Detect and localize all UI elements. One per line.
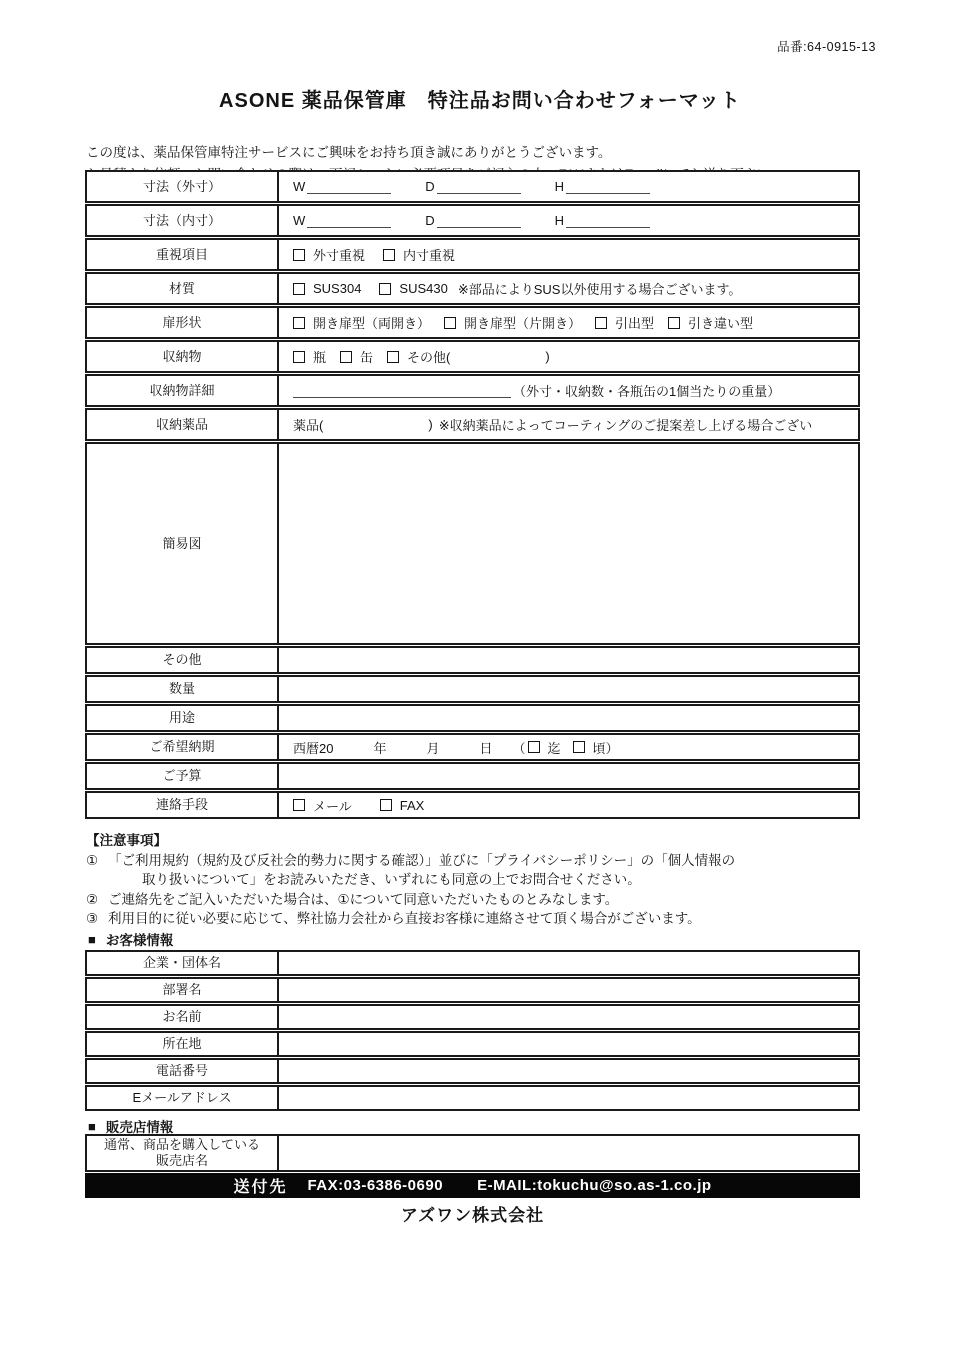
square-bullet-icon: ■ xyxy=(88,1119,96,1134)
notice-marker-2: ② xyxy=(86,890,108,910)
dealer-info-table: 通常、商品を購入している 販売店名 xyxy=(85,1134,860,1172)
label-address: 所在地 xyxy=(87,1033,279,1055)
option-label: 引き違い型 xyxy=(688,313,753,332)
unit-month: 月 xyxy=(426,738,439,757)
inner-width-blank[interactable] xyxy=(307,213,391,228)
phone-number-input-cell[interactable] xyxy=(279,1060,858,1082)
details-blank-line[interactable] xyxy=(293,383,511,398)
option-label: メール xyxy=(313,796,352,815)
row-usage: 用途 xyxy=(85,704,860,732)
dim-letter-d: D xyxy=(425,213,434,228)
row-label-usage: 用途 xyxy=(87,706,279,730)
unit-year: 年 xyxy=(373,738,386,757)
notice-text-2: ご連絡先をご記入いただいた場合は、①について同意いただいたものとみなします。 xyxy=(108,890,618,910)
address-input-cell[interactable] xyxy=(279,1033,858,1055)
department-name-input-cell[interactable] xyxy=(279,979,858,1001)
row-company-name: 企業・団体名 xyxy=(85,950,860,976)
option-label: 内寸重視 xyxy=(403,245,455,264)
row-label-material: 材質 xyxy=(87,274,279,303)
contact-method-options: メール FAX xyxy=(279,793,858,817)
quantity-input-cell[interactable] xyxy=(279,677,858,701)
notice-text-1: 「ご利用規約（規約及び反社会的勢力に関する確認）」並びに「プライバシーポリシー」… xyxy=(108,851,735,871)
inner-size-fields[interactable]: W D H xyxy=(279,206,858,235)
dim-letter-h: H xyxy=(555,213,564,228)
dim-letter-d: D xyxy=(425,179,434,194)
notice-line-1b: 取り扱いについて」をお読みいただき、いずれにも同意の上でお問合せください。 xyxy=(86,870,866,890)
desired-delivery-field[interactable]: 西暦20 年 月 日 （ 迄 頃 ） xyxy=(279,735,858,759)
notice-marker-1: ① xyxy=(86,851,108,871)
material-options: SUS304 SUS430 ※部品によりSUS以外使用する場合ございます。 xyxy=(279,274,858,303)
row-label-desired-delivery: ご希望納期 xyxy=(87,735,279,759)
chemical-close: ) xyxy=(428,417,432,432)
row-outer-size: 寸法（外寸） W D H xyxy=(85,170,860,203)
option-label: 開き扉型（両開き） xyxy=(313,313,430,332)
row-email-address: Eメールアドレス xyxy=(85,1085,860,1111)
row-stored-items: 収納物 瓶 缶 その他() xyxy=(85,340,860,373)
notice-section: 【注意事項】 ① 「ご利用規約（規約及び反社会的勢力に関する確認）」並びに「プラ… xyxy=(86,831,866,929)
sketch-area[interactable] xyxy=(279,444,858,643)
company-name: アズワン株式会社 xyxy=(85,1201,860,1226)
square-bullet-icon: ■ xyxy=(88,932,96,947)
checkbox-email[interactable] xyxy=(293,799,305,811)
dealer-info-heading: ■ 販売店情報 xyxy=(88,1116,173,1136)
label-person-name: お名前 xyxy=(87,1006,279,1028)
checkbox-inner-priority[interactable] xyxy=(383,249,395,261)
checkbox-sus430[interactable] xyxy=(379,283,391,295)
checkbox-sliding-door[interactable] xyxy=(668,317,680,329)
row-quantity: 数量 xyxy=(85,675,860,703)
checkbox-outer-priority[interactable] xyxy=(293,249,305,261)
person-name-input-cell[interactable] xyxy=(279,1006,858,1028)
order-form-table: 寸法（外寸） W D H 寸法（内寸） W D H 重視項目 外寸重視 内寸重視… xyxy=(85,170,860,819)
part-number: 品番:64-0915-13 xyxy=(777,37,876,55)
notice-marker-3: ③ xyxy=(86,909,108,929)
company-name-input-cell[interactable] xyxy=(279,952,858,974)
option-label: 瓶 xyxy=(313,347,326,366)
send-to-label: 送付先 xyxy=(233,1174,287,1197)
label-dealer-name: 通常、商品を購入している 販売店名 xyxy=(87,1136,279,1170)
row-priority: 重視項目 外寸重視 内寸重視 xyxy=(85,238,860,271)
customer-info-heading-label: お客様情報 xyxy=(106,929,174,949)
option-label-close: ) xyxy=(545,349,549,364)
checkbox-single-door[interactable] xyxy=(444,317,456,329)
option-label: FAX xyxy=(400,798,425,813)
send-to-bar: 送付先 FAX:03-6386-0690 E-MAIL:tokuchu@so.a… xyxy=(85,1173,860,1198)
stored-chemicals-field[interactable]: 薬品( ) ※収納薬品によってコーティングのご提案差し上げる場合ござい xyxy=(279,410,858,439)
row-material: 材質 SUS304 SUS430 ※部品によりSUS以外使用する場合ございます。 xyxy=(85,272,860,305)
row-label-contact-method: 連絡手段 xyxy=(87,793,279,817)
row-label-sketch: 簡易図 xyxy=(87,444,279,643)
row-label-quantity: 数量 xyxy=(87,677,279,701)
stored-items-options: 瓶 缶 その他() xyxy=(279,342,858,371)
paren-open: （ xyxy=(513,738,526,757)
outer-height-blank[interactable] xyxy=(566,179,650,194)
notice-line-1: ① 「ご利用規約（規約及び反社会的勢力に関する確認）」並びに「プライバシーポリシ… xyxy=(86,851,866,871)
dealer-info-heading-label: 販売店情報 xyxy=(106,1116,174,1136)
customer-info-table: 企業・団体名 部署名 お名前 所在地 電話番号 Eメールアドレス xyxy=(85,950,860,1111)
notice-text-1b: 取り扱いについて」をお読みいただき、いずれにも同意の上でお問合せください。 xyxy=(142,870,641,890)
checkbox-fax[interactable] xyxy=(380,799,392,811)
unit-day: 日 xyxy=(480,738,493,757)
checkbox-sus304[interactable] xyxy=(293,283,305,295)
label-phone-number: 電話番号 xyxy=(87,1060,279,1082)
usage-input-cell[interactable] xyxy=(279,706,858,730)
checkbox-until[interactable] xyxy=(528,741,540,753)
row-label-stored-chemicals: 収納薬品 xyxy=(87,410,279,439)
row-address: 所在地 xyxy=(85,1031,860,1057)
intro-line-1: この度は、薬品保管庫特注サービスにご興味をお持ち頂き誠にありがとうございます。 xyxy=(86,141,611,161)
row-other: その他 xyxy=(85,646,860,674)
row-label-budget: ご予算 xyxy=(87,764,279,788)
checkbox-drawer-type[interactable] xyxy=(595,317,607,329)
row-stored-item-details: 収納物詳細 （外寸・収納数・各瓶缶の1個当たりの重量） xyxy=(85,374,860,407)
checkbox-other[interactable] xyxy=(387,351,399,363)
stored-item-details-field[interactable]: （外寸・収納数・各瓶缶の1個当たりの重量） xyxy=(279,376,858,405)
option-label: 缶 xyxy=(360,347,373,366)
label-email-address: Eメールアドレス xyxy=(87,1087,279,1109)
dim-letter-w: W xyxy=(293,213,305,228)
row-stored-chemicals: 収納薬品 薬品( ) ※収納薬品によってコーティングのご提案差し上げる場合ござい xyxy=(85,408,860,441)
document-page: 品番:64-0915-13 ASONE 薬品保管庫 特注品お問い合わせフォーマッ… xyxy=(0,0,960,1358)
row-sketch: 簡易図 xyxy=(85,442,860,645)
checkbox-double-door[interactable] xyxy=(293,317,305,329)
details-note: （外寸・収納数・各瓶缶の1個当たりの重量） xyxy=(513,381,780,400)
outer-width-blank[interactable] xyxy=(307,179,391,194)
dim-letter-w: W xyxy=(293,179,305,194)
chemical-note: ※収納薬品によってコーティングのご提案差し上げる場合ござい xyxy=(439,415,813,434)
row-label-inner-size: 寸法（内寸） xyxy=(87,206,279,235)
outer-size-fields[interactable]: W D H xyxy=(279,172,858,201)
inner-height-blank[interactable] xyxy=(566,213,650,228)
option-label: 引出型 xyxy=(615,313,654,332)
option-label: 外寸重視 xyxy=(313,245,365,264)
checkbox-bottle[interactable] xyxy=(293,351,305,363)
row-phone-number: 電話番号 xyxy=(85,1058,860,1084)
budget-input-cell[interactable] xyxy=(279,764,858,788)
row-inner-size: 寸法（内寸） W D H xyxy=(85,204,860,237)
row-person-name: お名前 xyxy=(85,1004,860,1030)
email-address-input-cell[interactable] xyxy=(279,1087,858,1109)
page-title: ASONE 薬品保管庫 特注品お問い合わせフォーマット xyxy=(0,84,960,113)
row-budget: ご予算 xyxy=(85,762,860,790)
checkbox-around[interactable] xyxy=(573,741,585,753)
option-label: SUS430 xyxy=(399,281,447,296)
label-company-name: 企業・団体名 xyxy=(87,952,279,974)
row-label-stored-items: 収納物 xyxy=(87,342,279,371)
notice-text-3: 利用目的に従い必要に応じて、弊社協力会社から直接お客様に連絡させて頂く場合がござ… xyxy=(108,909,701,929)
row-desired-delivery: ご希望納期 西暦20 年 月 日 （ 迄 頃 ） xyxy=(85,733,860,761)
notice-line-2: ② ご連絡先をご記入いただいた場合は、①について同意いただいたものとみなします。 xyxy=(86,890,866,910)
row-label-other: その他 xyxy=(87,648,279,672)
row-contact-method: 連絡手段 メール FAX xyxy=(85,791,860,819)
paren-close: ） xyxy=(606,738,619,757)
row-dealer-name: 通常、商品を購入している 販売店名 xyxy=(85,1134,860,1172)
row-door-type: 扉形状 開き扉型（両開き） 開き扉型（片開き） 引出型 引き違い型 xyxy=(85,306,860,339)
material-note: ※部品によりSUS以外使用する場合ございます。 xyxy=(458,279,742,298)
other-input-cell[interactable] xyxy=(279,648,858,672)
customer-info-heading: ■ お客様情報 xyxy=(88,929,173,949)
row-label-outer-size: 寸法（外寸） xyxy=(87,172,279,201)
row-department-name: 部署名 xyxy=(85,977,860,1003)
era-label: 西暦20 xyxy=(293,738,333,757)
dim-letter-h: H xyxy=(555,179,564,194)
inner-depth-blank[interactable] xyxy=(437,213,521,228)
priority-options: 外寸重視 内寸重視 xyxy=(279,240,858,269)
door-type-options: 開き扉型（両開き） 開き扉型（片開き） 引出型 引き違い型 xyxy=(279,308,858,337)
option-label: その他( xyxy=(407,347,450,366)
email-address-text: E-MAIL:tokuchu@so.as-1.co.jp xyxy=(477,1177,711,1194)
dealer-name-input-cell[interactable] xyxy=(279,1136,858,1170)
chemical-prefix: 薬品( xyxy=(293,415,323,434)
around-label: 頃 xyxy=(593,738,606,757)
option-label: SUS304 xyxy=(313,281,361,296)
row-label-priority: 重視項目 xyxy=(87,240,279,269)
checkbox-can[interactable] xyxy=(340,351,352,363)
label-department-name: 部署名 xyxy=(87,979,279,1001)
outer-depth-blank[interactable] xyxy=(437,179,521,194)
row-label-stored-item-details: 収納物詳細 xyxy=(87,376,279,405)
row-label-door-type: 扉形状 xyxy=(87,308,279,337)
notice-line-3: ③ 利用目的に従い必要に応じて、弊社協力会社から直接お客様に連絡させて頂く場合が… xyxy=(86,909,866,929)
until-label: 迄 xyxy=(548,738,561,757)
fax-number: FAX:03-6386-0690 xyxy=(307,1177,443,1194)
notice-heading: 【注意事項】 xyxy=(86,831,866,851)
option-label: 開き扉型（片開き） xyxy=(464,313,581,332)
